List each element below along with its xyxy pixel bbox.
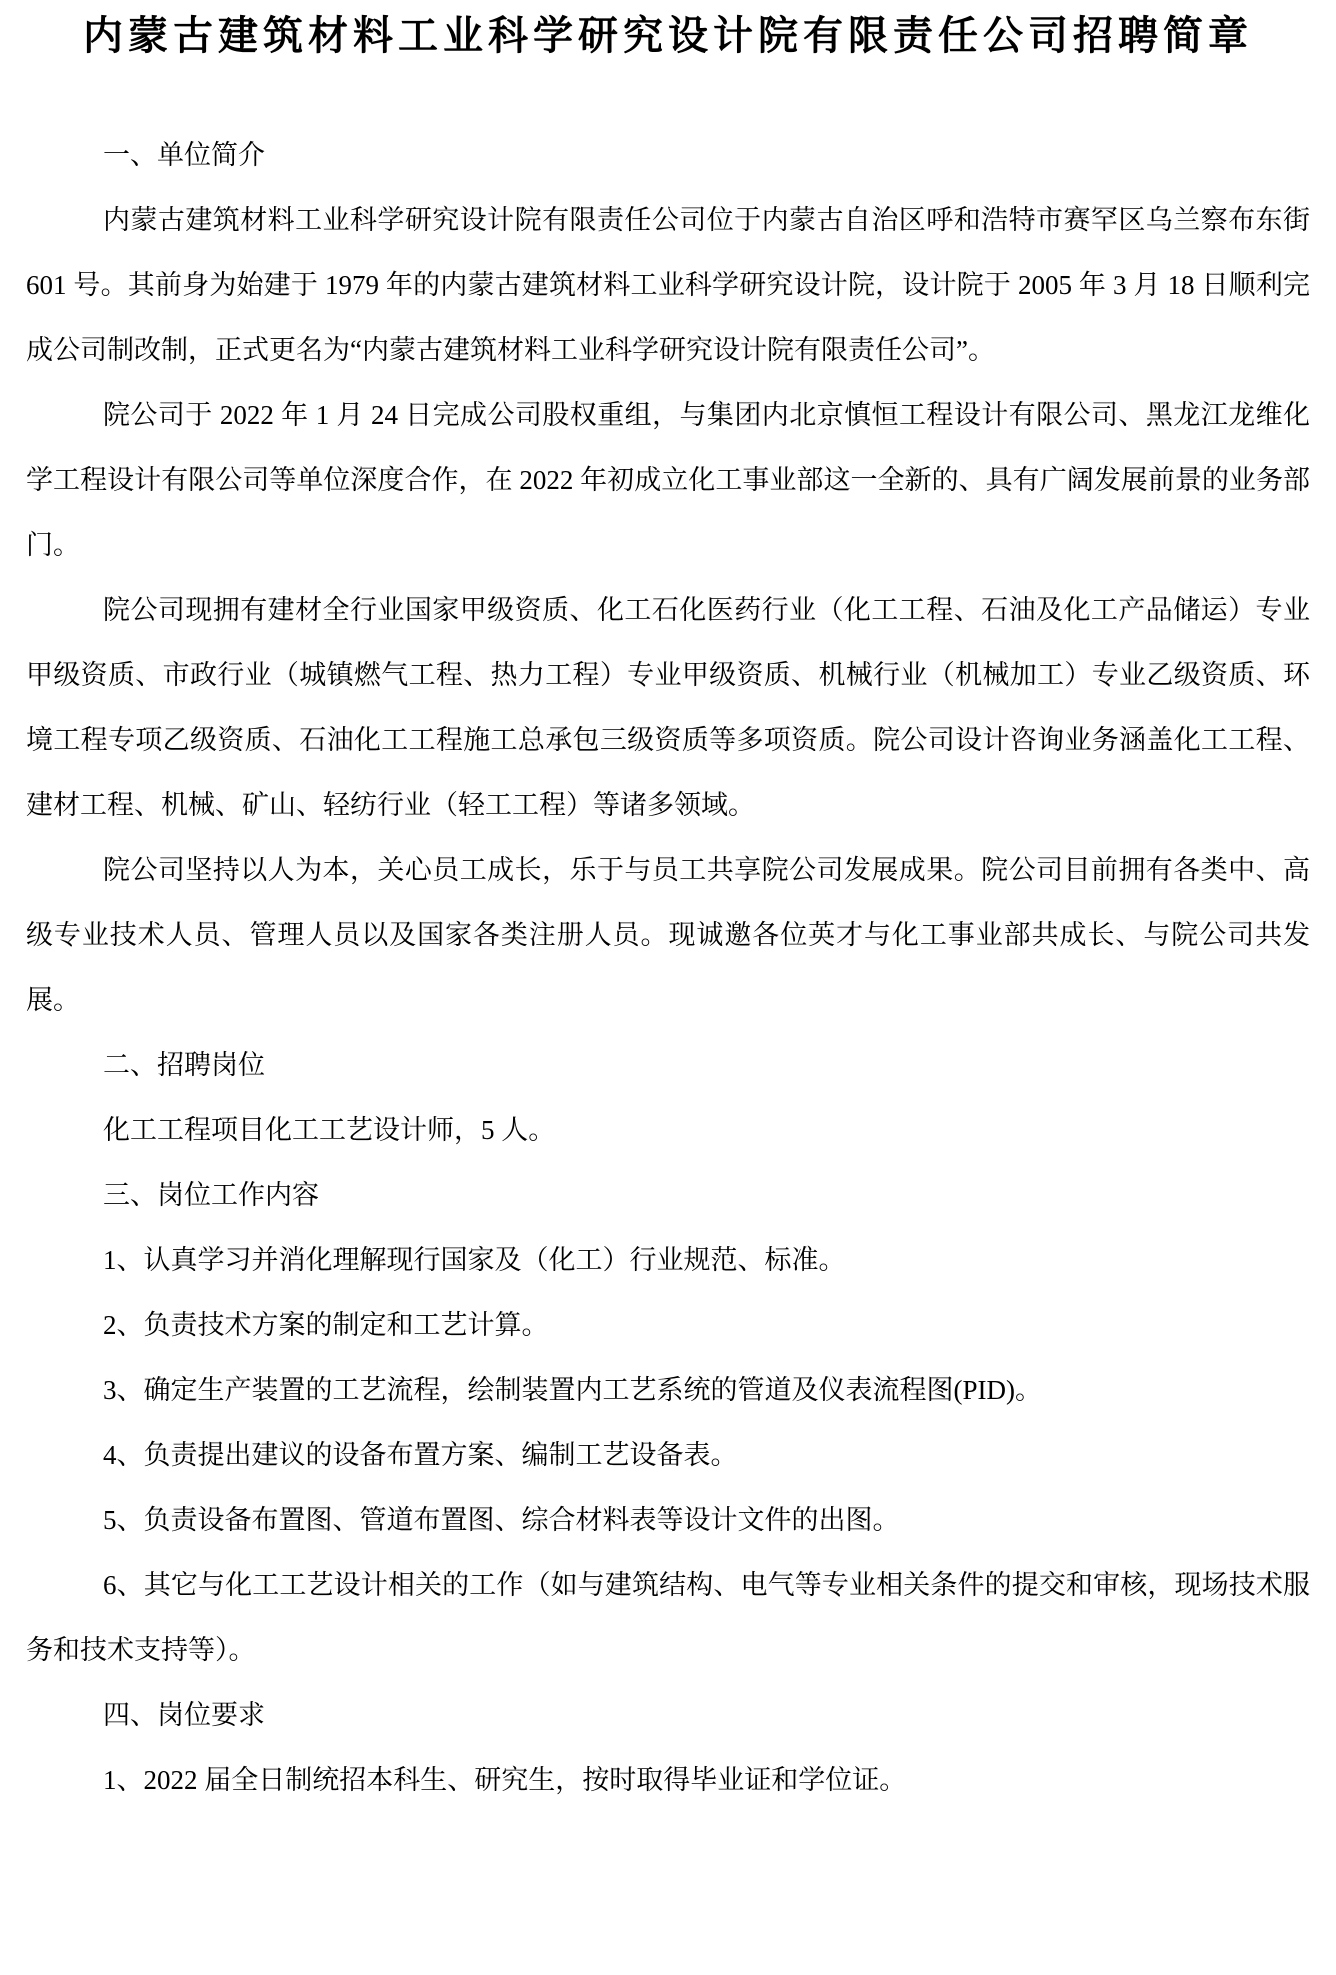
section-heading: 一、单位简介 xyxy=(26,123,1310,188)
list-item: 1、2022 届全日制统招本科生、研究生，按时取得毕业证和学位证。 xyxy=(26,1748,1310,1813)
paragraph: 院公司于 2022 年 1 月 24 日完成公司股权重组，与集团内北京慎恒工程设… xyxy=(26,383,1310,578)
document-title: 内蒙古建筑材料工业科学研究设计院有限责任公司招聘简章 xyxy=(26,8,1310,63)
list-item: 4、负责提出建议的设备布置方案、编制工艺设备表。 xyxy=(26,1423,1310,1488)
list-item: 2、负责技术方案的制定和工艺计算。 xyxy=(26,1293,1310,1358)
document-page: 内蒙古建筑材料工业科学研究设计院有限责任公司招聘简章 一、单位简介 内蒙古建筑材… xyxy=(0,0,1336,1975)
section-heading: 三、岗位工作内容 xyxy=(26,1163,1310,1228)
list-item: 5、负责设备布置图、管道布置图、综合材料表等设计文件的出图。 xyxy=(26,1488,1310,1553)
list-item: 3、确定生产装置的工艺流程，绘制装置内工艺系统的管道及仪表流程图(PID)。 xyxy=(26,1358,1310,1423)
list-item: 1、认真学习并消化理解现行国家及（化工）行业规范、标准。 xyxy=(26,1228,1310,1293)
paragraph: 化工工程项目化工工艺设计师，5 人。 xyxy=(26,1098,1310,1163)
paragraph: 院公司现拥有建材全行业国家甲级资质、化工石化医药行业（化工工程、石油及化工产品储… xyxy=(26,578,1310,838)
list-item: 6、其它与化工工艺设计相关的工作（如与建筑结构、电气等专业相关条件的提交和审核，… xyxy=(26,1553,1310,1683)
section-heading: 二、招聘岗位 xyxy=(26,1033,1310,1098)
paragraph: 内蒙古建筑材料工业科学研究设计院有限责任公司位于内蒙古自治区呼和浩特市赛罕区乌兰… xyxy=(26,188,1310,383)
paragraph: 院公司坚持以人为本，关心员工成长，乐于与员工共享院公司发展成果。院公司目前拥有各… xyxy=(26,838,1310,1033)
section-heading: 四、岗位要求 xyxy=(26,1683,1310,1748)
